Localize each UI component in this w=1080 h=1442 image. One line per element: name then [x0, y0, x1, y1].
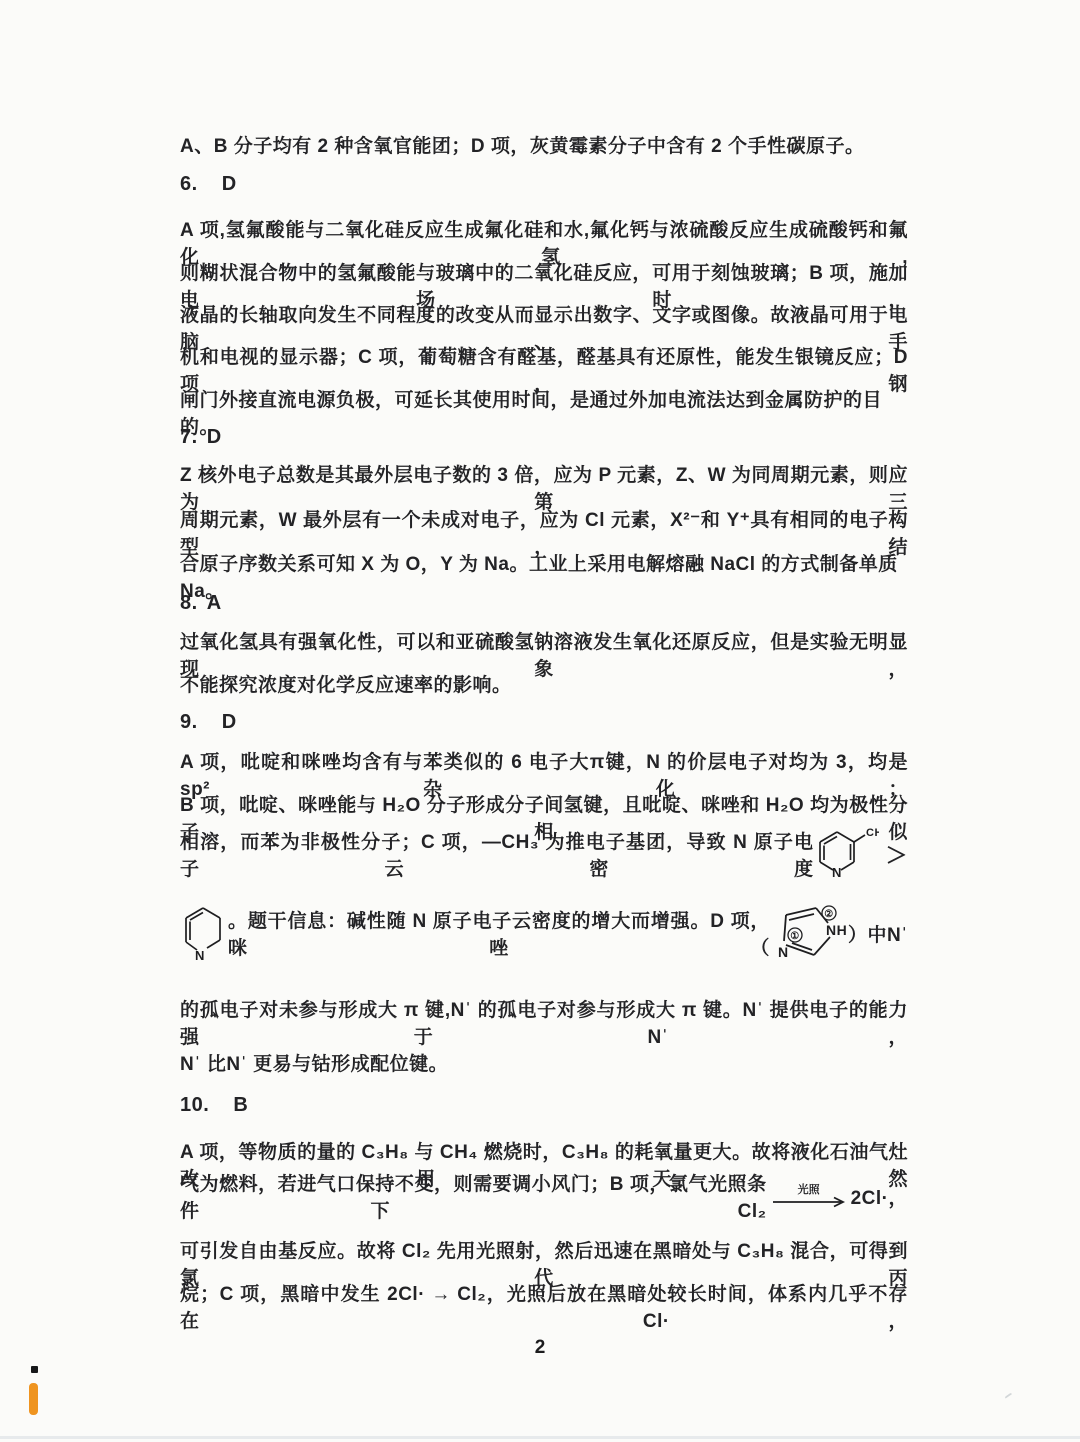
- question-number: 7.: [180, 426, 198, 449]
- orange-cursor-bar: [29, 1383, 38, 1415]
- answer-line-with-structure: N 。题干信息：碱性随 N 原子电子云密度的增大而增强。D 项，咪唑（ ① ②: [180, 895, 908, 971]
- pyridine-structure-icon: N: [180, 900, 226, 966]
- answer-text: 。题干信息：碱性随 N 原子电子云密度的增大而增强。D 项，咪唑（: [228, 906, 770, 960]
- question-7-heading: 7.D: [180, 426, 908, 460]
- answer-line: 过氧化氢具有强氧化性，可以和亚硫酸氢钠溶液发生氧化还原反应，但是实验无明显现象，: [180, 627, 908, 661]
- answer-text: 相溶，而苯为非极性分子；C 项，—CH₃ 为推电子基团，导致 N 原子电子云密度: [180, 827, 813, 881]
- question-6-heading: 6.D: [180, 173, 908, 207]
- nitrogen-2-label: ②: [824, 909, 833, 920]
- answer-line: Nˈ 比Nˈ 更易与钴形成配位键。: [180, 1049, 908, 1083]
- answer-line: 周期元素，W 最外层有一个未成对电子，应为 Cl 元素，X²⁻和 Y⁺具有相同的…: [180, 505, 908, 539]
- answer-line: A、B 分子均有 2 种含氧官能团；D 项，灰黄霉素分子中含有 2 个手性碳原子…: [180, 131, 908, 165]
- methyl-label: CH₃: [866, 827, 879, 839]
- answer-letter: A: [207, 592, 222, 615]
- answer-text: ）中Nˈ: [848, 920, 908, 947]
- answer-line: 合原子序数关系可知 X 为 O，Y 为 Na。工业上采用电解熔融 NaCl 的方…: [180, 549, 908, 583]
- question-8-heading: 8.A: [180, 592, 908, 626]
- answer-line: 闸门外接直流电源负极，可延长其使用时间，是通过外加电流法达到金属防护的目的。: [180, 385, 908, 419]
- answer-text: 2Cl·，: [851, 1183, 908, 1210]
- question-number: 8.: [180, 592, 198, 615]
- ring-nh-label: NH: [826, 922, 847, 938]
- methylpyridine-structure-icon: N CH₃: [813, 822, 879, 886]
- reaction-condition-label: 光照: [798, 1185, 820, 1196]
- answer-line: 机和电视的显示器；C 项，葡萄糖含有醛基，醛基具有还原性，能发生银镜反应；D 项…: [180, 342, 908, 376]
- answer-line: A 项，吡啶和咪唑均含有与苯类似的 6 电子大π键，N 的价层电子对均为 3，均…: [180, 747, 908, 781]
- ring-nitrogen-label: N: [833, 865, 843, 880]
- question-number: 10.: [180, 1094, 209, 1117]
- answer-letter: D: [222, 173, 237, 196]
- answer-text: 气为燃料，若进气口保持不变，则需要调小风门；B 项，氯气光照条件下 Cl₂: [180, 1169, 767, 1223]
- scanned-answer-page: A、B 分子均有 2 种含氧官能团；D 项，灰黄霉素分子中含有 2 个手性碳原子…: [0, 0, 1080, 1442]
- page-number: 2: [0, 1337, 1080, 1359]
- scan-bottom-edge: [0, 1436, 1080, 1439]
- answer-line-with-structure: 相溶，而苯为非极性分子；C 项，—CH₃ 为推电子基团，导致 N 原子电子云密度…: [180, 818, 908, 890]
- answer-letter: D: [207, 426, 222, 449]
- answer-line-with-reaction: 气为燃料，若进气口保持不变，则需要调小风门；B 项，氯气光照条件下 Cl₂ 光照…: [180, 1173, 908, 1219]
- scan-speck: [1004, 1392, 1015, 1403]
- nitrogen-1-label: ①: [790, 931, 799, 942]
- cursor-dot-mark: [31, 1366, 38, 1373]
- answer-line: 的孤电子对未参与形成大 π 键,Nˈ 的孤电子对参与形成大 π 键。Nˈ 提供电…: [180, 995, 908, 1029]
- answer-letter: D: [222, 711, 237, 734]
- answer-line: 液晶的长轴取向发生不同程度的改变从而显示出数字、文字或图像。故液晶可用于电脑、手: [180, 300, 908, 334]
- answer-line: 烷；C 项，黑暗中发生 2Cl· → Cl₂，光照后放在黑暗处较长时间，体系内几…: [180, 1279, 908, 1313]
- answer-line: A 项，等物质的量的 C₃H₈ 与 CH₄ 燃烧时，C₃H₈ 的耗氧量更大。故将…: [180, 1137, 908, 1171]
- greater-than-sign: ＞: [885, 839, 908, 870]
- imidazole-structure-icon: ① ② N NH: [770, 899, 848, 967]
- reaction-arrow-icon: 光照: [771, 1185, 847, 1208]
- question-10-heading: 10.B: [180, 1094, 908, 1128]
- question-number: 6.: [180, 173, 198, 196]
- answer-letter: B: [233, 1094, 248, 1117]
- question-number: 9.: [180, 711, 198, 734]
- question-9-heading: 9.D: [180, 711, 908, 745]
- answer-line: A 项,氢氟酸能与二氧化硅反应生成氟化硅和水,氟化钙与浓硫酸反应生成硫酸钙和氟化…: [180, 215, 908, 249]
- ring-nitrogen-label: N: [778, 944, 789, 960]
- answer-line: 可引发自由基反应。故将 Cl₂ 先用光照射，然后迅速在黑暗处与 C₃H₈ 混合，…: [180, 1236, 908, 1270]
- ring-nitrogen-label: N: [195, 948, 205, 963]
- answer-line: Z 核外电子总数是其最外层电子数的 3 倍，应为 P 元素，Z、W 为同周期元素…: [180, 460, 908, 494]
- answer-line: 则糊状混合物中的氢氟酸能与玻璃中的二氧化硅反应，可用于刻蚀玻璃；B 项，施加电场…: [180, 258, 908, 292]
- answer-line: 不能探究浓度对化学反应速率的影响。: [180, 670, 908, 704]
